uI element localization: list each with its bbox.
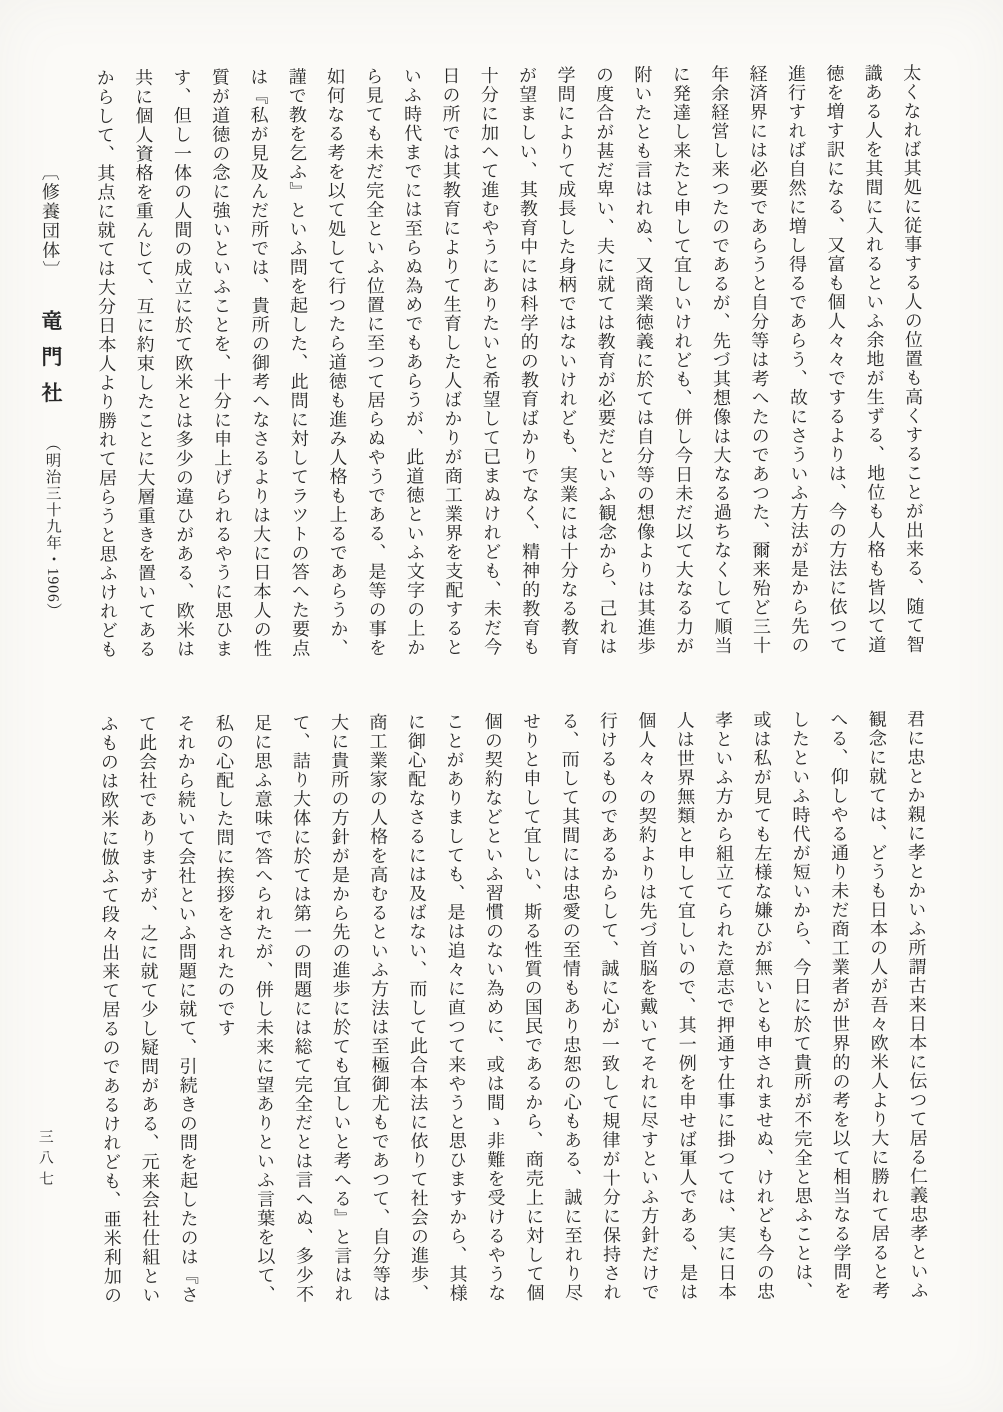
text-column: 附いたとも言はれぬ、又商業徳義に於ては自分等の想像よりは其進歩	[623, 65, 665, 661]
text-column: す、但し一体の人間の成立に於て欧米とは多少の違ひがある、欧米は	[162, 68, 204, 664]
text-column: 観念に就ては、どうも日本の人が吾々欧米人より大に勝れて居ると考	[857, 710, 899, 1306]
text-column: 共に個人資格を重んじて、互に約束したことに大層重きを置いてある	[124, 68, 166, 664]
text-column: 君に忠とか親に孝とかいふ所謂古来日本に伝つて居る仁義忠孝といふ	[896, 709, 938, 1305]
text-column: 孝といふ方から組立てられた意志で押通す仕事に掛つては、実に日本	[704, 711, 746, 1307]
text-column: ら見ても未だ完全といふ位置に至つて居らぬやうである、是等の事を	[354, 67, 396, 663]
text-column: 個人々々の契約よりは先づ首脳を戴いてそれに尽すといふ方針だけで	[627, 711, 669, 1307]
top-text-block: 太くなれば其処に従事する人の位置も高くすることが出来る、随て智識ある人を其間に入…	[85, 63, 934, 664]
text-column: 或は私が見ても左様な嫌ひが無いとも申されませぬ、けれども今の忠	[742, 710, 784, 1306]
text-column: ことがありましても、是は追々に直つて来やうと思ひますから、其様	[435, 712, 477, 1308]
text-column: それから続いて会社といふ問題に就て、引続きの問を起したのは『さ	[166, 714, 208, 1310]
text-column: る、而して其間には忠愛の至情もあり忠恕の心もある、誠に至れり尽	[550, 711, 592, 1307]
text-column: に発達し来たと申して宜しいけれども、併し今日未だ以て大なる力が	[661, 65, 703, 661]
text-column: 太くなれば其処に従事する人の位置も高くすることが出来る、随て智	[892, 63, 934, 659]
text-column: 謹で教を乞ふ』といふ問を起した、此問に対してラツトの答へた要点	[277, 67, 319, 663]
text-column: 経済界には必要であらうと自分等は考へたのであつた、爾来殆ど三十	[738, 64, 780, 660]
text-column: に御心配なさるには及ばない、而して此合本法に依りて社会の進歩、	[396, 712, 438, 1308]
text-column: 質が道徳の念に強いといふことを、十分に申上げられるやうに思ひま	[200, 68, 242, 664]
text-column: 人は世界無類と申して宜しいので、其一例を申せば軍人である、是は	[665, 711, 707, 1307]
text-column: 私の心配した問に挨拶をされたのです	[204, 714, 246, 1310]
scan-skew-wrapper: 太くなれば其処に従事する人の位置も高くすることが出来る、随て智識ある人を其間に入…	[0, 0, 1003, 1412]
text-column: 日の所では其教育によりて生育した人ばかりが商工業界を支配すると	[431, 66, 473, 662]
bottom-text-block: 君に忠とか親に孝とかいふ所謂古来日本に伝つて居る仁義忠孝といふ観念に就ては、どう…	[89, 709, 938, 1310]
section-category-label: 〔修養団体〕	[40, 163, 61, 280]
text-column: 年余経営し来つたのであるが、先づ其想像は大なる過ちなくして順当	[700, 65, 742, 661]
text-column: 商工業家の人格を高むるといふ方法は至極御尤もであつて、自分等は	[358, 713, 400, 1309]
page-sheet: 太くなれば其処に従事する人の位置も高くすることが出来る、随て智識ある人を其間に入…	[0, 0, 1003, 1412]
section-heading: 〔修養団体〕 竜門社 （明治三十九年・1906）	[27, 163, 76, 603]
text-column: へる、仰しやる通り未だ商工業者が世界的の考を以て相当なる学問を	[819, 710, 861, 1306]
text-column: 学問によりて成長した身柄ではないけれども、実業には十分なる教育	[546, 65, 588, 661]
text-column: 十分に加へて進むやうにありたいと希望して已まぬけれども、未だ今	[469, 66, 511, 662]
text-column: て、詰り大体に於ては第一の問題には総て完全だとは言へぬ、多少不	[281, 713, 323, 1309]
text-column: 個の契約などといふ習慣のない為めに、或は間ゝ非難を受けるやうな	[473, 712, 515, 1308]
text-column: せりと申して宜しい、斯る性質の国民であるから、商売上に対して個	[512, 712, 554, 1308]
section-title: 竜門社	[28, 310, 75, 418]
text-column: したといふ時代が短いから、今日に於て貴所が不完全と思ふことは、	[780, 710, 822, 1306]
text-column: からして、其点に就ては大分日本人より勝れて居らうと思ふけれども	[85, 68, 127, 664]
text-column: 徳を増す訳になる、又富も個人々々でするよりは、今の方法に依つて	[815, 64, 857, 660]
text-column: 進行すれば自然に増し得るであらう、故にさういふ方法が是から先の	[776, 64, 818, 660]
text-column: 如何なる考を以て処して行つたら道徳も進み人格も上るであらうか、	[316, 67, 358, 663]
text-column: て此会社でありますが、之に就て少し疑問がある、元来会社仕組とい	[128, 714, 170, 1310]
text-column: 足に思ふ意味で答へられたが、併し未来に望ありといふ言葉を以て、	[243, 713, 285, 1309]
section-date-note: （明治三十九年・1906）	[28, 436, 75, 620]
page-number: 三八七	[35, 1129, 56, 1192]
text-column: いふ時代までには至らぬ為めでもあらうが、此道徳といふ文字の上か	[392, 66, 434, 662]
text-column: が望ましい、其教育中には科学的の教育ばかりでなく、精神的教育も	[508, 66, 550, 662]
text-column: 行けるものであるからして、誠に心が一致して規律が十分に保持され	[588, 711, 630, 1307]
text-column: 識ある人を其間に入れるといふ余地が生ずる、地位も人格も皆以て道	[853, 64, 895, 660]
text-column: は『私が見及んだ所では、貴所の御考へなさるよりは大に日本人の性	[239, 67, 281, 663]
text-column: ふものは欧米に倣ふて段々出来て居るのであるけれども、亜米利加の	[89, 714, 131, 1310]
text-column: 大に貴所の方針が是から先の進歩に於ても宜しいと考へる』と言はれ	[320, 713, 362, 1309]
text-column: の度合が甚だ卑い、夫に就ては教育が必要だといふ観念から、己れは	[584, 65, 626, 661]
